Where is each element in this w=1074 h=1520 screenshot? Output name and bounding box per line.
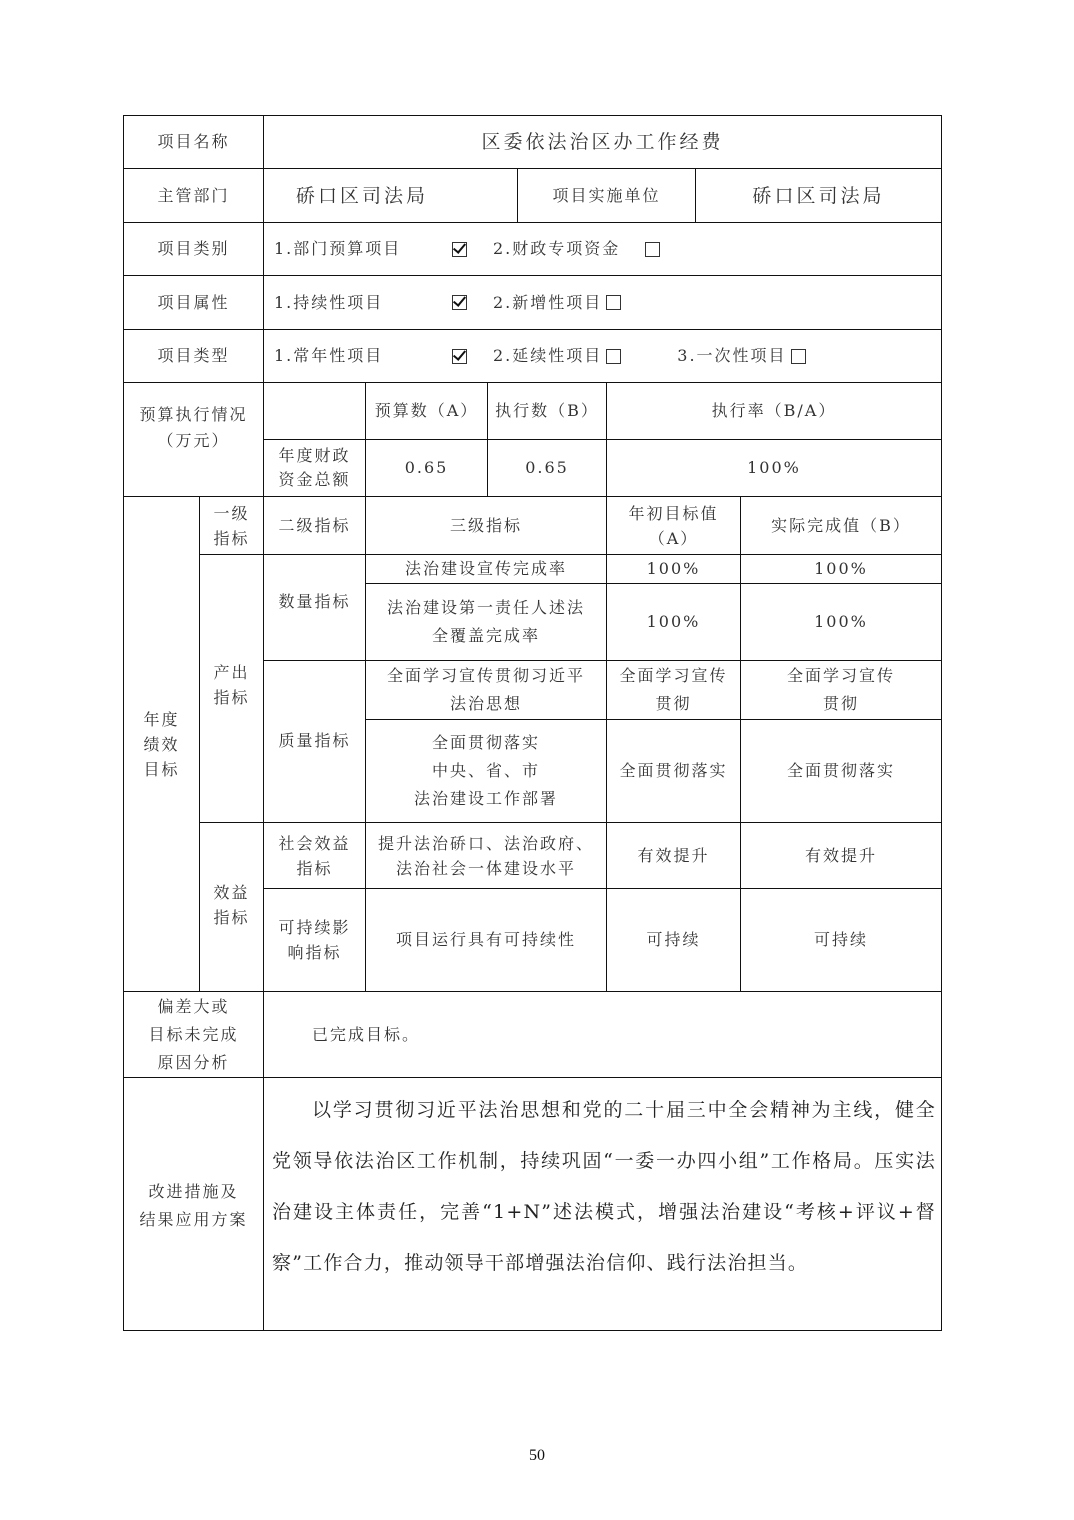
level1-indicator-header: 一级 指标 [200, 497, 263, 554]
implementing-unit-label: 项目实施单位 [518, 169, 695, 222]
checkbox-checked-icon[interactable] [452, 349, 467, 364]
project-category-options: 1.部门预算项目 2.财政专项资金 [264, 223, 941, 275]
department-value: 硚口区司法局 [264, 169, 517, 222]
project-name-value: 区委依法治区办工作经费 [264, 116, 941, 168]
project-type-options: 1.常年性项目 2.延续性项目 3.一次性项目 [264, 330, 941, 382]
sustainable-impact-indicator-label: 可持续影 响指标 [264, 889, 365, 991]
exec-b-value: 0.65 [488, 440, 606, 496]
checkbox-empty-icon[interactable] [645, 242, 660, 257]
budget-a-value: 0.65 [366, 440, 487, 496]
indicator-rule-of-law-level: 提升法治硚口、法治政府、 法治社会一体建设水平 [366, 823, 606, 888]
budget-execution-label: 预算执行情况 （万元） [124, 383, 263, 496]
annual-performance-target-label: 年度 绩效 目标 [124, 497, 199, 991]
target-publicity-rate: 100% [607, 555, 740, 583]
level3-indicator-header: 三级指标 [366, 497, 606, 554]
budget-a-header: 预算数（A） [366, 383, 487, 439]
project-attribute-options: 1.持续性项目 2.新增性项目 [264, 276, 941, 329]
project-type-label: 项目类型 [124, 330, 263, 382]
checkbox-checked-icon[interactable] [452, 242, 467, 257]
project-attribute-label: 项目属性 [124, 276, 263, 329]
option-annual: 1.常年性项目 [274, 342, 448, 370]
target-first-responsible-rate: 100% [607, 584, 740, 660]
actual-value-header: 实际完成值（B） [741, 497, 941, 554]
target-sustainability: 可持续 [607, 889, 740, 991]
actual-publicity-rate: 100% [741, 555, 941, 583]
option-one-time: 3.一次性项目 [677, 342, 786, 370]
actual-sustainability: 可持续 [741, 889, 941, 991]
project-category-label: 项目类别 [124, 223, 263, 275]
level2-indicator-header: 二级指标 [264, 497, 365, 554]
option-special-fund: 2.财政专项资金 [493, 235, 641, 263]
indicator-publicity-rate: 法治建设宣传完成率 [366, 555, 606, 583]
checkbox-checked-icon[interactable] [452, 295, 467, 310]
quantity-indicator-label: 数量指标 [264, 555, 365, 660]
initial-target-header: 年初目标值 （A） [607, 497, 740, 554]
checkbox-empty-icon[interactable] [791, 349, 806, 364]
target-implement-deployment: 全面贯彻落实 [607, 720, 740, 822]
improvement-measures-label: 改进措施及 结果应用方案 [124, 1078, 263, 1330]
deviation-analysis-value: 已完成目标。 [264, 992, 941, 1077]
table-border-bottom [123, 1330, 942, 1331]
annual-fund-total-label: 年度财政 资金总额 [264, 440, 365, 496]
option-extended: 2.延续性项目 [493, 342, 602, 370]
indicator-first-responsible-rate: 法治建设第一责任人述法 全覆盖完成率 [366, 584, 606, 660]
checkbox-empty-icon[interactable] [606, 295, 621, 310]
project-name-label: 项目名称 [124, 116, 263, 168]
target-rule-of-law-level: 有效提升 [607, 823, 740, 888]
implementing-unit-value: 硚口区司法局 [696, 169, 941, 222]
target-study-thought: 全面学习宣传 贯彻 [607, 661, 740, 719]
indicator-sustainability: 项目运行具有可持续性 [366, 889, 606, 991]
indicator-implement-deployment: 全面贯彻落实 中央、省、市 法治建设工作部署 [366, 720, 606, 822]
page-number: 50 [0, 1447, 1074, 1465]
actual-study-thought: 全面学习宣传 贯彻 [741, 661, 941, 719]
exec-rate-value: 100% [607, 440, 941, 496]
deviation-analysis-label: 偏差大或 目标未完成 原因分析 [124, 992, 263, 1077]
option-continuous: 1.持续性项目 [274, 289, 448, 317]
exec-b-header: 执行数（B） [488, 383, 606, 439]
option-department-budget: 1.部门预算项目 [274, 235, 448, 263]
benefit-indicator-label: 效益 指标 [200, 823, 263, 991]
output-indicator-label: 产出 指标 [200, 555, 263, 822]
exec-rate-header: 执行率（B/A） [607, 383, 941, 439]
actual-rule-of-law-level: 有效提升 [741, 823, 941, 888]
quality-indicator-label: 质量指标 [264, 661, 365, 822]
actual-implement-deployment: 全面贯彻落实 [741, 720, 941, 822]
option-new: 2.新增性项目 [493, 289, 602, 317]
department-label: 主管部门 [124, 169, 263, 222]
social-benefit-indicator-label: 社会效益 指标 [264, 823, 365, 888]
indicator-study-thought: 全面学习宣传贯彻习近平 法治思想 [366, 661, 606, 719]
improvement-measures-text: 以学习贯彻习近平法治思想和党的二十届三中全会精神为主线，健全党领导依法治区工作机… [272, 1085, 936, 1289]
table-border-right [941, 115, 942, 1331]
actual-first-responsible-rate: 100% [741, 584, 941, 660]
checkbox-empty-icon[interactable] [606, 349, 621, 364]
